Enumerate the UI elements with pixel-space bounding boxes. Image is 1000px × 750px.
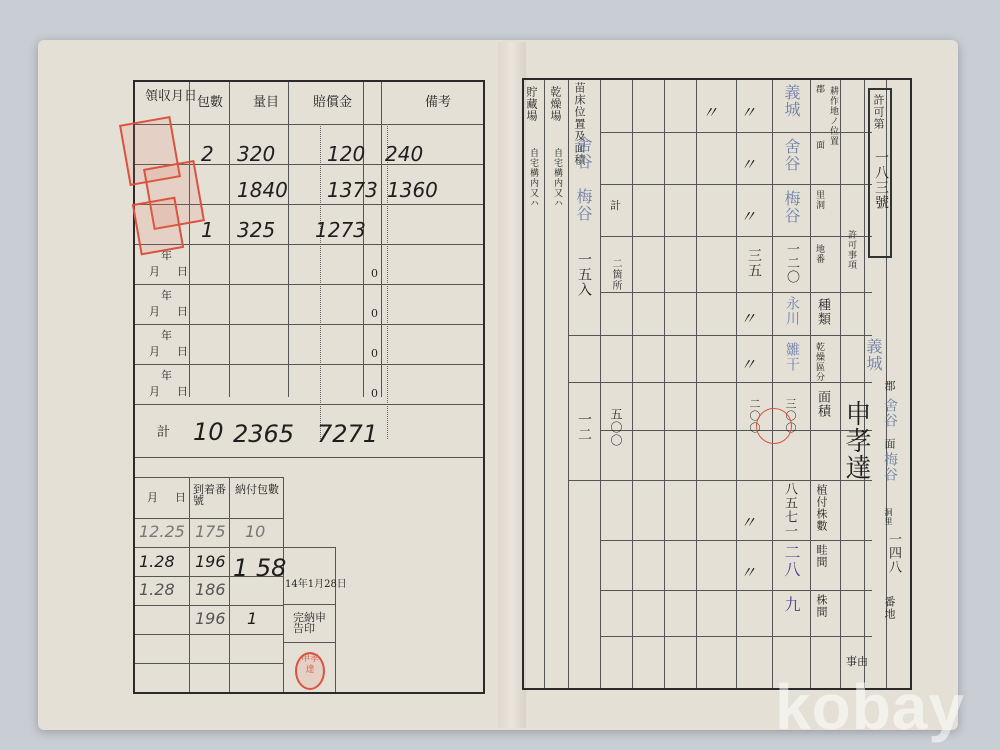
day-label: 日 — [177, 386, 188, 397]
label-kind: 種類 — [816, 298, 829, 326]
header-receipt-date: 領収月日 — [145, 90, 197, 103]
zero-value: 0 — [371, 388, 378, 399]
row1-yen: 120 — [327, 142, 365, 166]
row1-bales: 2 — [201, 142, 214, 166]
month-label: 月 — [149, 346, 160, 357]
delivery-row4-no: 196 — [195, 609, 226, 628]
completion-date: 14年1月28日 — [285, 580, 347, 590]
header-weight: 量目 — [253, 96, 279, 109]
zero-value: 0 — [371, 348, 378, 359]
paid-bales-header: 納付包數 — [235, 484, 279, 495]
ditto-mark: 〃 — [740, 352, 756, 375]
label-reason: 事由 — [846, 656, 868, 667]
ditto-mark: 〃 — [740, 204, 756, 227]
day-label: 日 — [177, 346, 188, 357]
delivery-row4-bales: 1 — [247, 609, 257, 628]
receipt-stamp — [132, 197, 184, 256]
zero-value: 0 — [371, 308, 378, 319]
ditto-mark: 〃 — [740, 510, 756, 533]
label-drying-sub: 自宅構内又ハ — [552, 148, 561, 208]
ditto-value: 三五 — [744, 248, 764, 278]
delivery-row2-date: 1.28 — [139, 552, 175, 571]
row3-bales: 1 — [201, 218, 214, 242]
year-label: 年 — [161, 250, 172, 261]
ditto-mark: 〃 — [740, 560, 756, 583]
delivery-row1-date: 12.25 — [139, 522, 185, 541]
delivery-month-header: 月 — [147, 492, 158, 503]
row3-weight: 325 — [237, 218, 275, 242]
arrival-no-header: 到着番號 — [193, 484, 227, 506]
address-county: 義城 — [862, 338, 885, 372]
label-myeon: 面 — [814, 140, 823, 150]
zero-value: 0 — [371, 268, 378, 279]
ditto-mark: 〃 — [740, 100, 756, 123]
seedbed-loc1: 舍谷 — [572, 136, 595, 170]
label-places: 二箇所 — [610, 258, 620, 291]
label-lot: 地番 — [814, 244, 823, 264]
delivery-row1-no: 175 — [195, 522, 226, 541]
field-plants: 八五七一 — [780, 482, 799, 538]
delivery-row3-no: 186 — [195, 580, 226, 599]
year-label: 年 — [161, 370, 172, 381]
red-circle-seal — [756, 408, 792, 444]
label-dry-class: 乾燥區分 — [814, 342, 823, 382]
delivery-row2-no: 196 — [195, 552, 226, 571]
permit-form: 貯藏場 自宅構内又ハ 乾燥場 自宅構内又ハ 苗床位置及面積 計 二箇所 舍谷 梅… — [522, 78, 912, 690]
month-label: 月 — [149, 266, 160, 277]
permit-label: 許可第 — [873, 94, 884, 130]
header-compensation: 賠償金 — [313, 96, 352, 109]
watermark: kobay — [775, 670, 965, 744]
field-lot: 一二〇 — [782, 242, 801, 284]
permit-number: 一八三號 — [871, 150, 891, 210]
total-label: 計 — [157, 426, 170, 439]
address-lot-suffix: 番地 — [884, 596, 895, 620]
seedbed-size: 一五入 — [574, 252, 594, 297]
row1-weight: 320 — [237, 142, 275, 166]
year-label: 年 — [161, 290, 172, 301]
label-drying: 乾燥場 — [550, 86, 561, 122]
address-county-suffix: 郡 — [884, 380, 895, 392]
field-plant-spacing: 九 — [780, 596, 803, 613]
delivery-day-header: 日 — [175, 492, 186, 503]
year-label: 年 — [161, 330, 172, 341]
month-label: 月 — [149, 386, 160, 397]
day-label: 日 — [177, 306, 188, 317]
address-ri: 梅谷 — [880, 452, 900, 482]
delivery-big-number: 1 58 — [233, 554, 286, 582]
field-myeon: 舍谷 — [780, 138, 803, 172]
seedbed-size2: 一二 — [574, 412, 594, 442]
field-dry: 雛干 — [782, 342, 802, 372]
month-label: 月 — [149, 306, 160, 317]
delivery-row1-bales: 10 — [245, 522, 265, 541]
field-gun: 義城 — [780, 84, 803, 118]
completion-seal: 申孝達 — [295, 652, 325, 690]
total-yen: 7271 — [317, 420, 378, 448]
label-ri: 里洞 — [814, 190, 823, 210]
label-gun: 郡 — [814, 84, 823, 94]
address-myeon: 舍谷 — [880, 398, 900, 428]
label-plant-count: 植付株數 — [816, 484, 827, 532]
row1-extra: 240 — [385, 142, 423, 166]
field-ri: 梅谷 — [780, 190, 803, 224]
address-lot: 一四八 — [884, 532, 903, 574]
label-area: 面積 — [816, 390, 829, 418]
address-myeon-suffix: 面 — [884, 438, 895, 450]
header-bales: 包數 — [197, 96, 223, 109]
label-plant-spacing: 株間 — [816, 594, 827, 618]
header-remarks: 備考 — [425, 96, 451, 109]
row2-yen: 1373 — [327, 178, 378, 202]
row2-extra: 1360 — [387, 178, 438, 202]
row2-weight: 1840 — [237, 178, 288, 202]
permit-box: 許可第 一八三號 — [868, 88, 892, 258]
seedbed-loc2: 梅谷 — [572, 188, 595, 222]
applicant-name: 申孝達 — [838, 400, 875, 481]
day-label: 日 — [177, 266, 188, 277]
total-weight: 2365 — [233, 420, 294, 448]
seedbed-area: 五〇〇 — [608, 408, 625, 447]
row3-yen: 1273 — [315, 218, 366, 242]
ditto-mark: 〃 — [702, 100, 718, 123]
ditto-mark: 〃 — [740, 306, 756, 329]
label-storage-sub: 自宅構内又ハ — [528, 148, 537, 208]
label-storage: 貯藏場 — [526, 86, 537, 122]
field-kind: 永川 — [782, 296, 802, 326]
delivery-row3-date: 1.28 — [139, 580, 175, 599]
label-total: 計 — [610, 200, 621, 211]
total-bales: 10 — [193, 418, 224, 446]
field-row-spacing: 二八 — [780, 544, 803, 578]
completion-label: 完納申告印 — [293, 612, 329, 634]
ditto-mark: 〃 — [740, 152, 756, 175]
address-ri-suffix: 洞里 — [884, 508, 892, 526]
label-permit-matters: 許可事項 — [846, 230, 855, 270]
label-row-spacing: 畦間 — [816, 544, 827, 568]
label-location: 耕作地ノ位置 — [828, 86, 837, 146]
